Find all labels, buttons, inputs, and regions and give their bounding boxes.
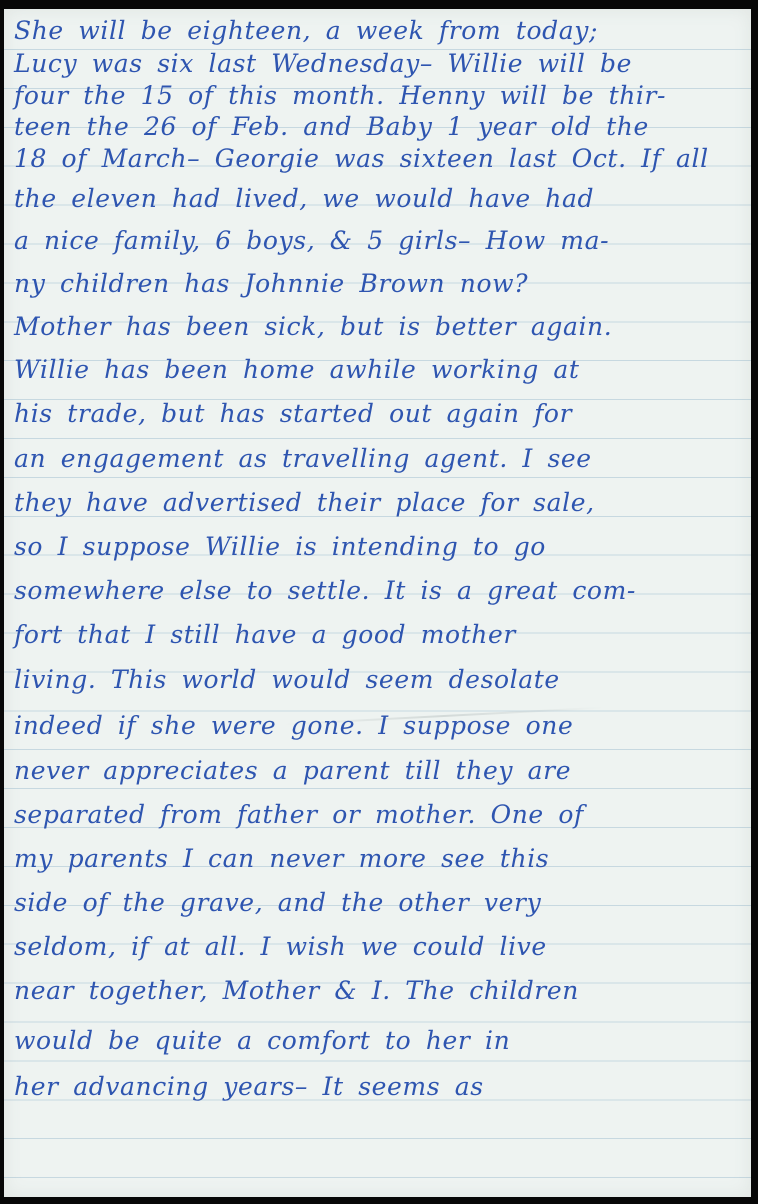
text-line-5: 18 of March– Georgie was sixteen last Oc… bbox=[14, 139, 743, 178]
text-line-16: fort that I still have a good mother bbox=[14, 615, 743, 654]
text-line-6: the eleven had lived, we would have had bbox=[14, 179, 743, 218]
text-line-21: my parents I can never more see this bbox=[14, 839, 743, 878]
text-line-26: her advancing years– It seems as bbox=[14, 1067, 743, 1106]
text-line-9: Mother has been sick, but is better agai… bbox=[14, 307, 743, 346]
text-line-10: Willie has been home awhile working at bbox=[14, 350, 743, 389]
scan-frame: She will be eighteen, a week from today;… bbox=[0, 0, 758, 1204]
text-line-14: so I suppose Willie is intending to go bbox=[14, 527, 743, 566]
text-line-11: his trade, but has started out again for bbox=[14, 394, 743, 433]
text-line-17: living. This world would seem desolate bbox=[14, 660, 743, 699]
text-line-7: a nice family, 6 boys, & 5 girls– How ma… bbox=[14, 221, 743, 260]
text-line-24: near together, Mother & I. The children bbox=[14, 971, 743, 1010]
text-line-18: indeed if she were gone. I suppose one bbox=[14, 706, 743, 745]
text-line-23: seldom, if at all. I wish we could live bbox=[14, 927, 743, 966]
text-line-15: somewhere else to settle. It is a great … bbox=[14, 571, 743, 610]
text-line-12: an engagement as travelling agent. I see bbox=[14, 439, 743, 478]
text-line-25: would be quite a comfort to her in bbox=[14, 1021, 743, 1060]
text-line-13: they have advertised their place for sal… bbox=[14, 483, 743, 522]
text-line-8: ny children has Johnnie Brown now? bbox=[14, 264, 743, 303]
text-line-20: separated from father or mother. One of bbox=[14, 795, 743, 834]
letter-page: She will be eighteen, a week from today;… bbox=[4, 9, 751, 1197]
text-line-19: never appreciates a parent till they are bbox=[14, 751, 743, 790]
text-line-22: side of the grave, and the other very bbox=[14, 883, 743, 922]
